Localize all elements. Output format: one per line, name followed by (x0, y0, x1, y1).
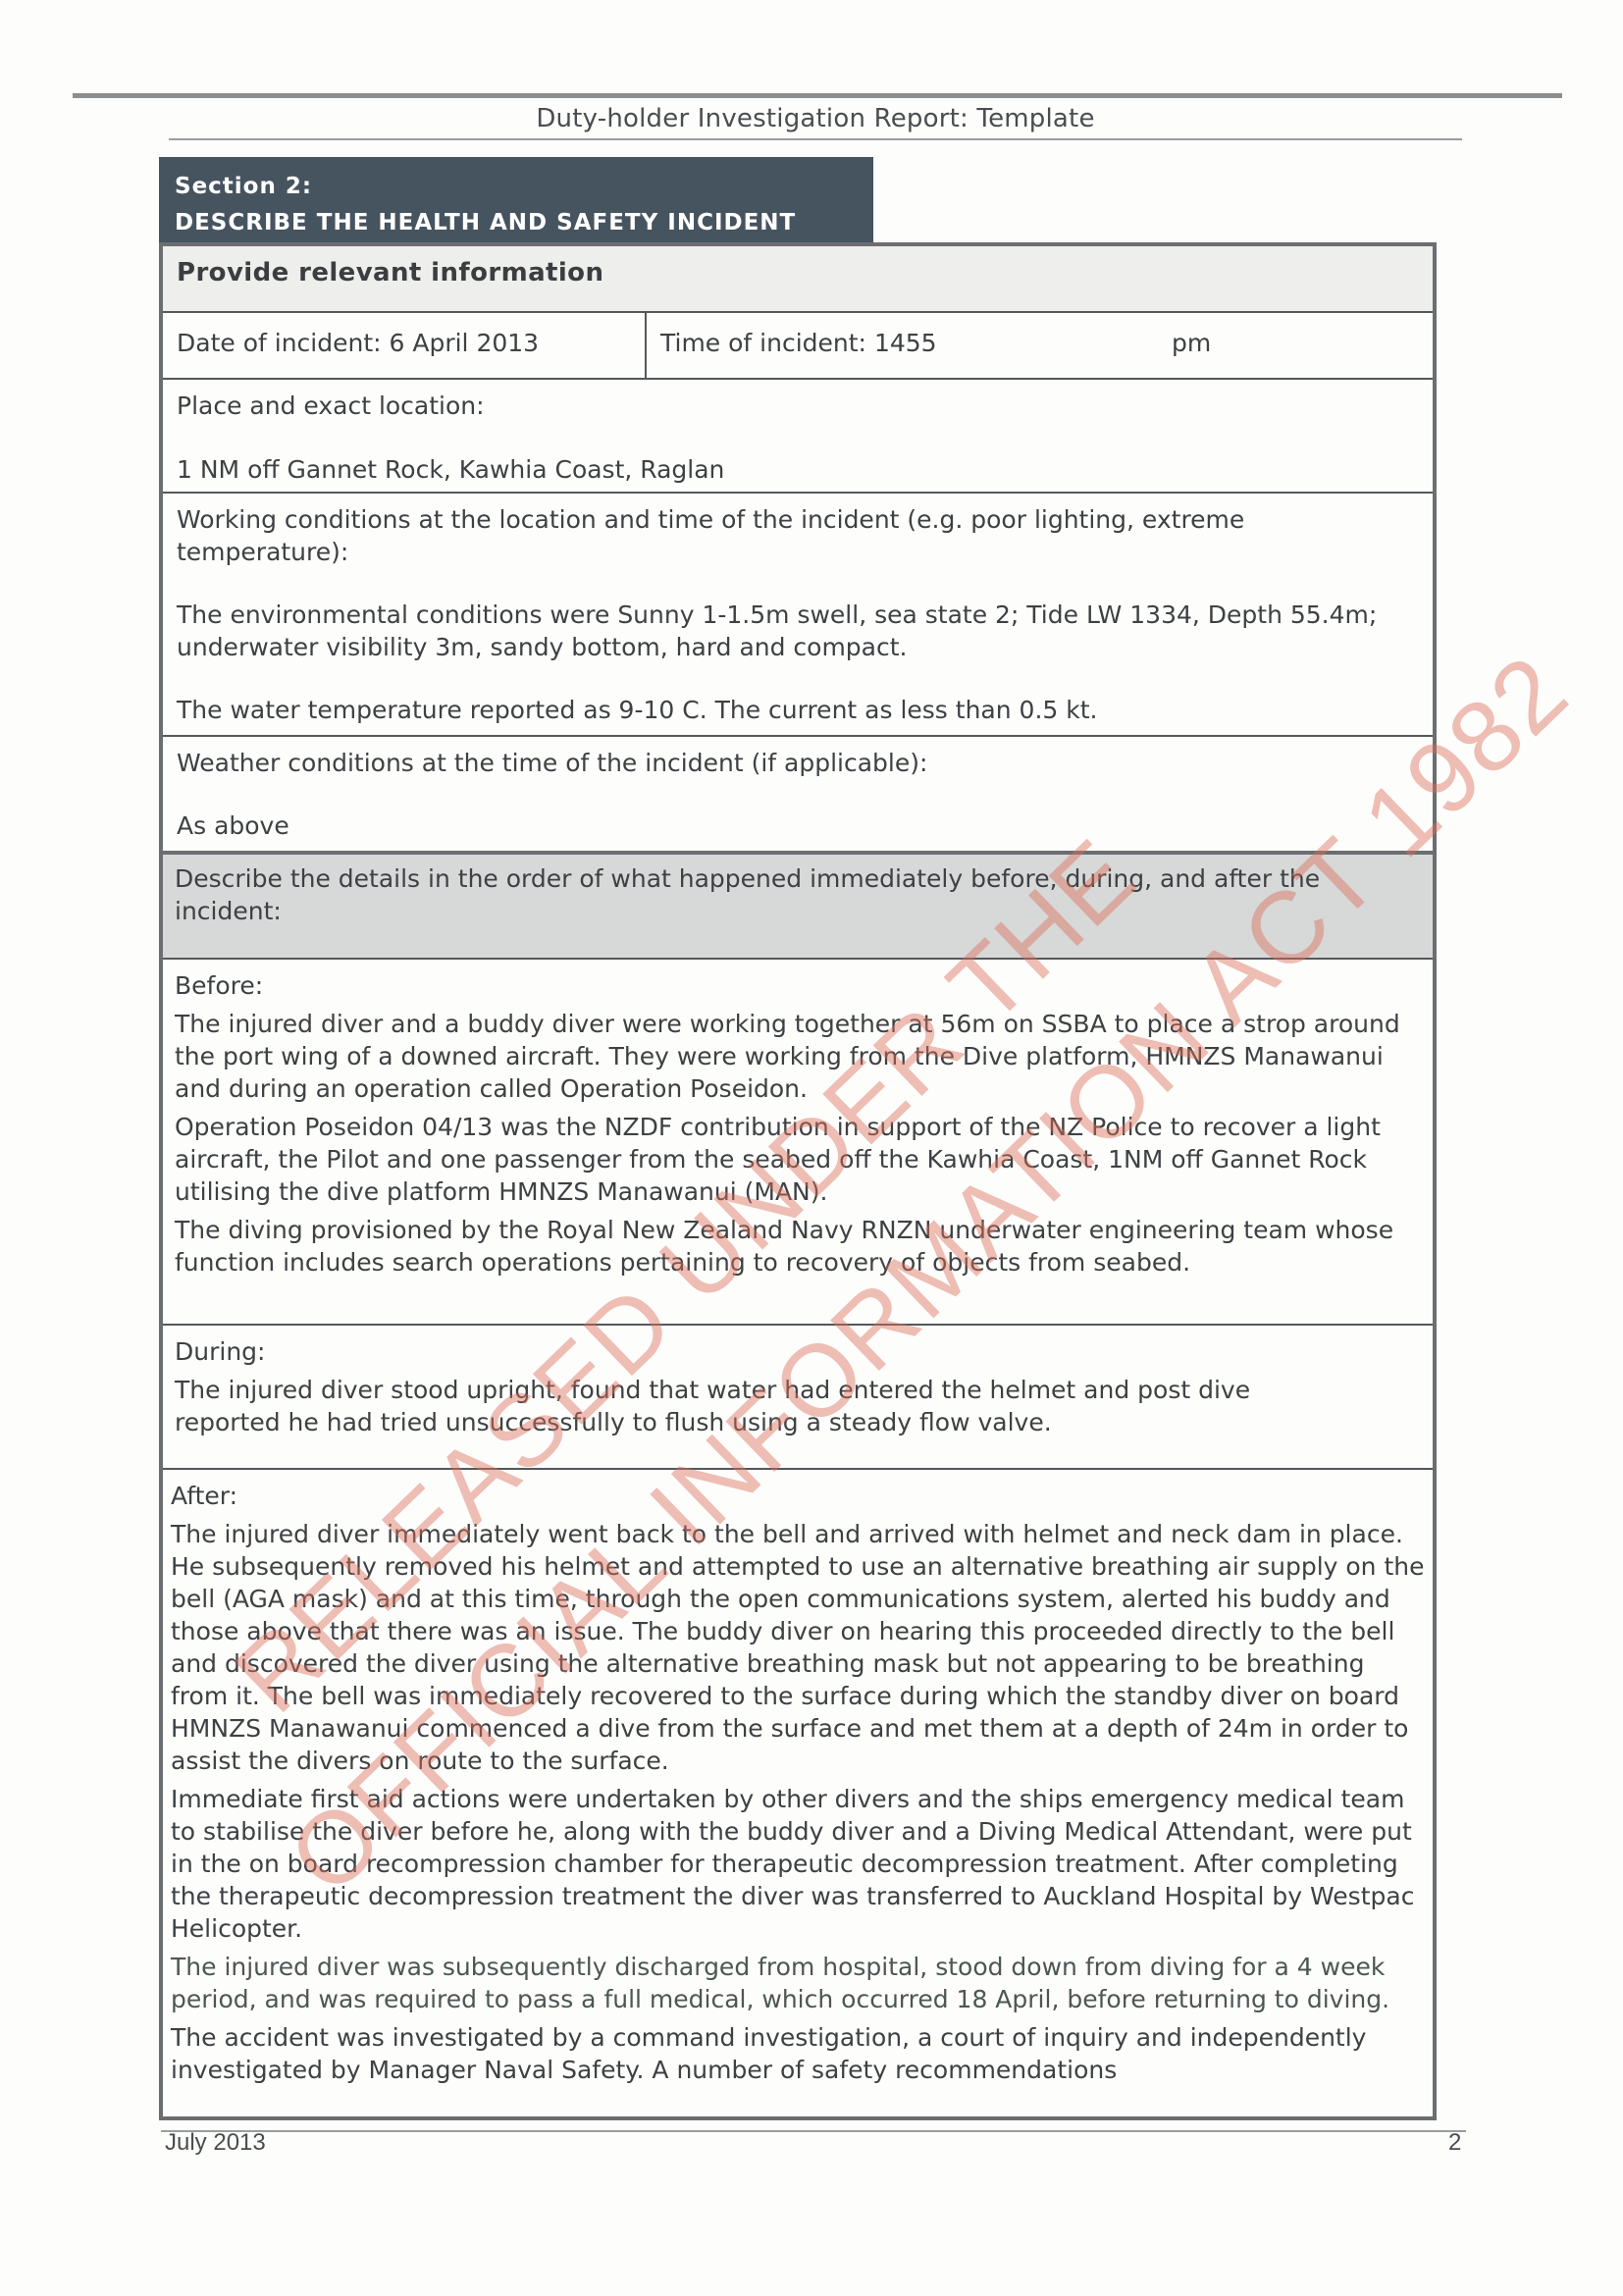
header-rule (169, 138, 1462, 140)
section-number: Section 2: (175, 169, 873, 205)
before-row: Before: The injured diver and a buddy di… (163, 958, 1433, 1324)
after-row: After: The injured diver immediately wen… (163, 1468, 1433, 2120)
before-label: Before: (175, 969, 1433, 1002)
working-conditions-label: Working conditions at the location and t… (177, 503, 1354, 568)
time-label: Time of incident: (660, 329, 866, 357)
working-conditions-paragraph: The environmental conditions were Sunny … (177, 599, 1403, 663)
working-conditions-paragraph: The water temperature reported as 9-10 C… (177, 694, 1433, 726)
describe-prompt: Describe the details in the order of wha… (175, 862, 1421, 927)
before-paragraph: The injured diver and a buddy diver were… (175, 1008, 1421, 1105)
footer-date: July 2013 (165, 2129, 266, 2157)
weather-value: As above (177, 809, 1433, 842)
after-label: After: (171, 1480, 1433, 1512)
place-value: 1 NM off Gannet Rock, Kawhia Coast, Ragl… (177, 453, 1433, 486)
time-suffix: pm (1172, 327, 1211, 359)
top-rule (73, 93, 1562, 98)
date-of-incident-cell: Date of incident: 6 April 2013 (163, 313, 647, 378)
before-paragraph: The diving provisioned by the Royal New … (175, 1214, 1421, 1278)
time-value: 1455 (874, 329, 937, 357)
place-row: Place and exact location: 1 NM off Ganne… (163, 378, 1433, 492)
during-label: During: (175, 1335, 1433, 1368)
section-tab: Section 2: DESCRIBE THE HEALTH AND SAFET… (159, 157, 873, 243)
date-time-row: Date of incident: 6 April 2013 Time of i… (163, 311, 1433, 378)
section-title: DESCRIBE THE HEALTH AND SAFETY INCIDENT (175, 205, 873, 241)
describe-prompt-row: Describe the details in the order of wha… (163, 851, 1433, 958)
running-header: Duty-holder Investigation Report: Templa… (169, 104, 1462, 133)
page-number: 2 (1448, 2129, 1461, 2157)
after-paragraph: The injured diver was subsequently disch… (171, 1951, 1429, 2015)
place-label: Place and exact location: (177, 390, 1433, 422)
weather-row: Weather conditions at the time of the in… (163, 735, 1433, 851)
during-paragraph: The injured diver stood upright, found t… (175, 1374, 1352, 1438)
provide-info-heading: Provide relevant information (163, 242, 1433, 311)
after-paragraph: Immediate first aid actions were underta… (171, 1783, 1429, 1945)
time-of-incident-cell: Time of incident: 1455 pm (647, 313, 1433, 378)
after-paragraph: The injured diver immediately went back … (171, 1518, 1429, 1777)
incident-form-table: Provide relevant information Date of inc… (159, 242, 1437, 2120)
after-paragraph: The accident was investigated by a comma… (171, 2021, 1429, 2086)
working-conditions-row: Working conditions at the location and t… (163, 492, 1433, 735)
date-value: 6 April 2013 (390, 329, 540, 357)
footer-rule (161, 2130, 1466, 2132)
weather-label: Weather conditions at the time of the in… (177, 747, 1433, 779)
before-paragraph: Operation Poseidon 04/13 was the NZDF co… (175, 1111, 1421, 1208)
date-label: Date of incident: (177, 329, 382, 357)
during-row: During: The injured diver stood upright,… (163, 1324, 1433, 1468)
